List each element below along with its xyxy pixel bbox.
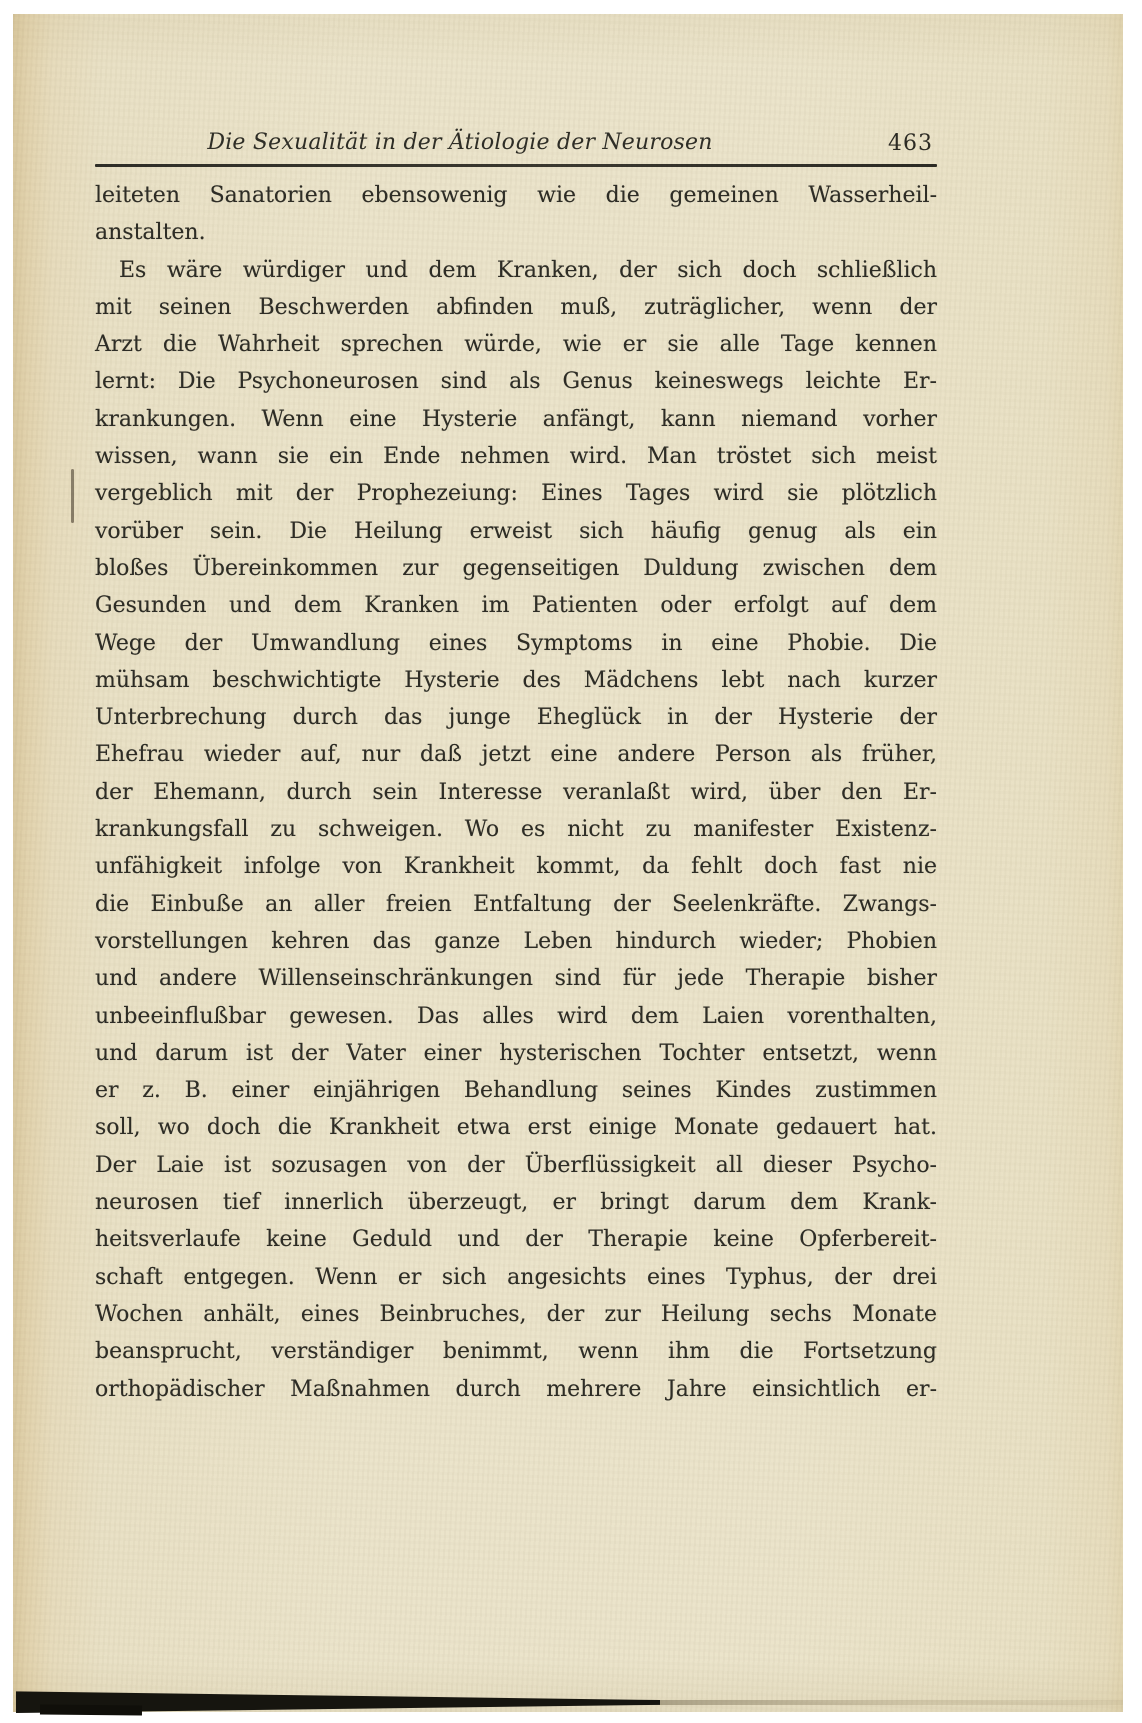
book-page: Die Sexualität in der Ätiologie der Neur… (13, 14, 1123, 1712)
scan-crease-mark (71, 469, 74, 523)
text-line: leiteten Sanatorien ebensowenig wie die … (95, 177, 937, 214)
text-line: und darum ist der Vater einer hysterisch… (95, 1035, 937, 1072)
page-bottom-edge-shadow (620, 1700, 1123, 1705)
text-line: krankungsfall zu schweigen. Wo es nicht … (95, 811, 937, 848)
text-line: vorstellungen kehren das ganze Leben hin… (95, 923, 937, 960)
text-line: krankungen. Wenn eine Hysterie anfängt, … (95, 401, 937, 438)
text-line: Wege der Umwandlung eines Symptoms in ei… (95, 625, 937, 662)
text-line: und andere Willenseinschränkungen sind f… (95, 960, 937, 997)
text-line: mühsam beschwichtigte Hysterie des Mädch… (95, 662, 937, 699)
text-line: Wochen anhält, eines Beinbruches, der zu… (95, 1296, 937, 1333)
text-line: neurosen tief innerlich überzeugt, er br… (95, 1184, 937, 1221)
page-header: Die Sexualität in der Ätiologie der Neur… (95, 130, 935, 164)
scanned-book-image: Die Sexualität in der Ätiologie der Neur… (0, 0, 1142, 1723)
body-text: leiteten Sanatorien ebensowenig wie die … (95, 177, 937, 1408)
text-line: unbeeinflußbar gewesen. Das alles wird d… (95, 998, 937, 1035)
text-line: wissen, wann sie ein Ende nehmen wird. M… (95, 438, 937, 475)
text-line: bloßes Übereinkommen zur gegenseitigen D… (95, 550, 937, 587)
text-line: schaft entgegen. Wenn er sich angesichts… (95, 1259, 937, 1296)
header-rule (95, 164, 937, 167)
text-line: vergeblich mit der Prophezeiung: Eines T… (95, 475, 937, 512)
text-line: Es wäre würdiger und dem Kranken, der si… (95, 252, 937, 289)
text-line: mit seinen Beschwerden abfinden muß, zut… (95, 289, 937, 326)
text-line: er z. B. einer einjährigen Behandlung se… (95, 1072, 937, 1109)
text-line: der Ehemann, durch sein Interesse veranl… (95, 774, 937, 811)
text-line: beansprucht, verständiger benimmt, wenn … (95, 1333, 937, 1370)
text-line: orthopädischer Maßnahmen durch mehrere J… (95, 1371, 937, 1408)
text-line: unfähigkeit infolge von Krankheit kommt,… (95, 848, 937, 885)
text-line: anstalten. (95, 214, 937, 251)
text-line: soll, wo doch die Krankheit etwa erst ei… (95, 1109, 937, 1146)
text-line: vorüber sein. Die Heilung erweist sich h… (95, 513, 937, 550)
text-line: lernt: Die Psychoneurosen sind als Genus… (95, 363, 937, 400)
text-line: Der Laie ist sozusagen von der Überflüss… (95, 1147, 937, 1184)
running-title: Die Sexualität in der Ätiologie der Neur… (95, 130, 825, 155)
text-line: Gesunden und dem Kranken im Patienten od… (95, 587, 937, 624)
book-binding-shadow-blob (40, 1705, 142, 1716)
page-number: 463 (888, 131, 933, 156)
text-line: Arzt die Wahrheit sprechen würde, wie er… (95, 326, 937, 363)
text-line: Ehefrau wieder auf, nur daß jetzt eine a… (95, 736, 937, 773)
text-line: heitsverlaufe keine Geduld und der Thera… (95, 1221, 937, 1258)
text-line: Unterbrechung durch das junge Eheglück i… (95, 699, 937, 736)
text-line: die Einbuße an aller freien Entfaltung d… (95, 886, 937, 923)
